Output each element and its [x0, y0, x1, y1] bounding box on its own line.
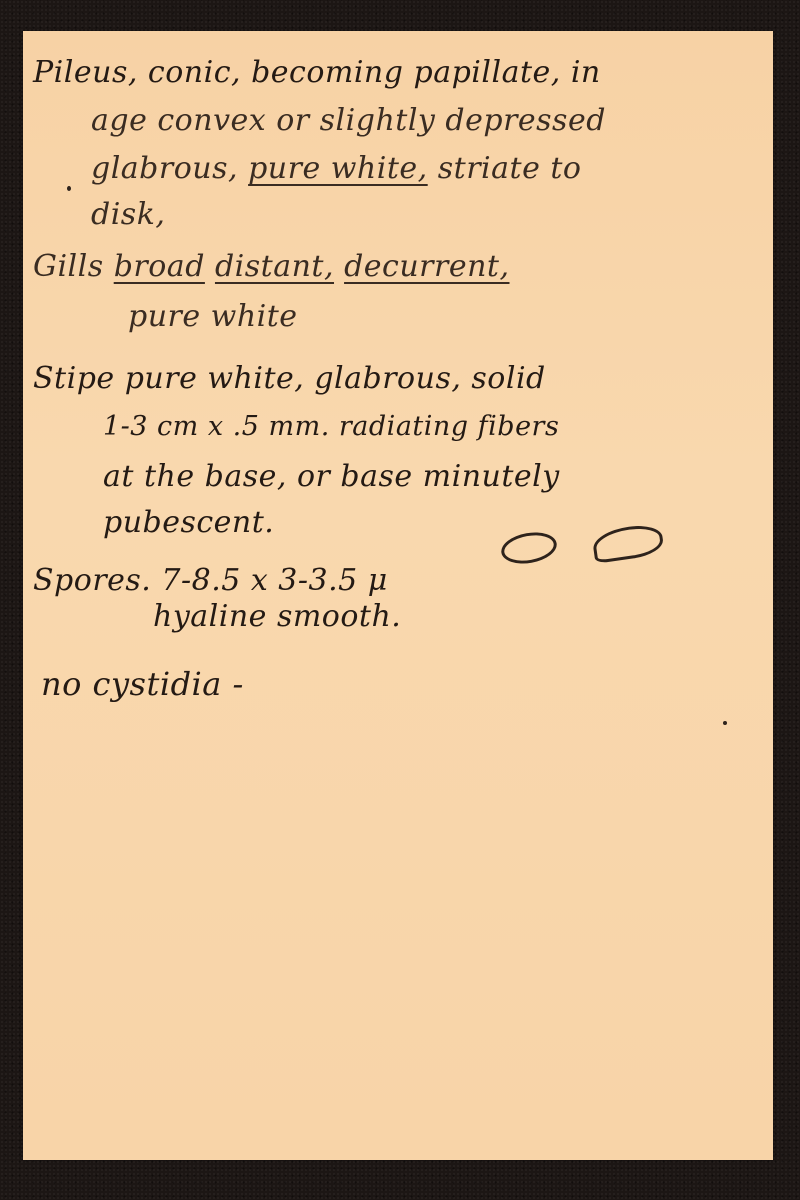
gills-decurrent: decurrent, — [344, 249, 509, 284]
stipe-line-3: at the base, or base minutely — [103, 459, 560, 494]
gills-line-1: Gills broad distant, decurrent, — [33, 249, 510, 284]
spores-line-2: hyaline smooth. — [153, 599, 401, 634]
pileus-striate: striate to — [438, 151, 582, 186]
ink-speck — [67, 186, 71, 191]
spores-line-1: Spores. 7-8.5 x 3-3.5 μ — [33, 563, 388, 598]
ink-speck — [723, 721, 727, 725]
gills-broad: broad — [114, 249, 205, 284]
spore-teardrop-icon — [591, 522, 665, 563]
index-card: Pileus, conic, becoming papillate, in ag… — [23, 31, 773, 1160]
cystidia-line: no cystidia - — [41, 665, 244, 703]
gills-line-2: pure white — [128, 299, 298, 334]
pileus-line-3: glabrous, pure white, striate to — [91, 151, 582, 186]
pileus-pure-white: pure white, — [248, 151, 428, 186]
gills-label: Gills — [33, 249, 104, 284]
stipe-line-4: pubescent. — [103, 505, 274, 540]
pileus-glabrous: glabrous, — [91, 151, 238, 186]
gills-distant: distant, — [215, 249, 334, 284]
stipe-line-1: Stipe pure white, glabrous, solid — [33, 361, 546, 396]
pileus-line-2: age convex or slightly depressed — [91, 103, 606, 138]
pileus-line-1: Pileus, conic, becoming papillate, in — [33, 55, 601, 90]
stipe-line-2: 1-3 cm x .5 mm. radiating fibers — [103, 411, 559, 442]
pileus-line-4: disk, — [91, 197, 165, 232]
spore-ellipse-icon — [499, 528, 559, 567]
